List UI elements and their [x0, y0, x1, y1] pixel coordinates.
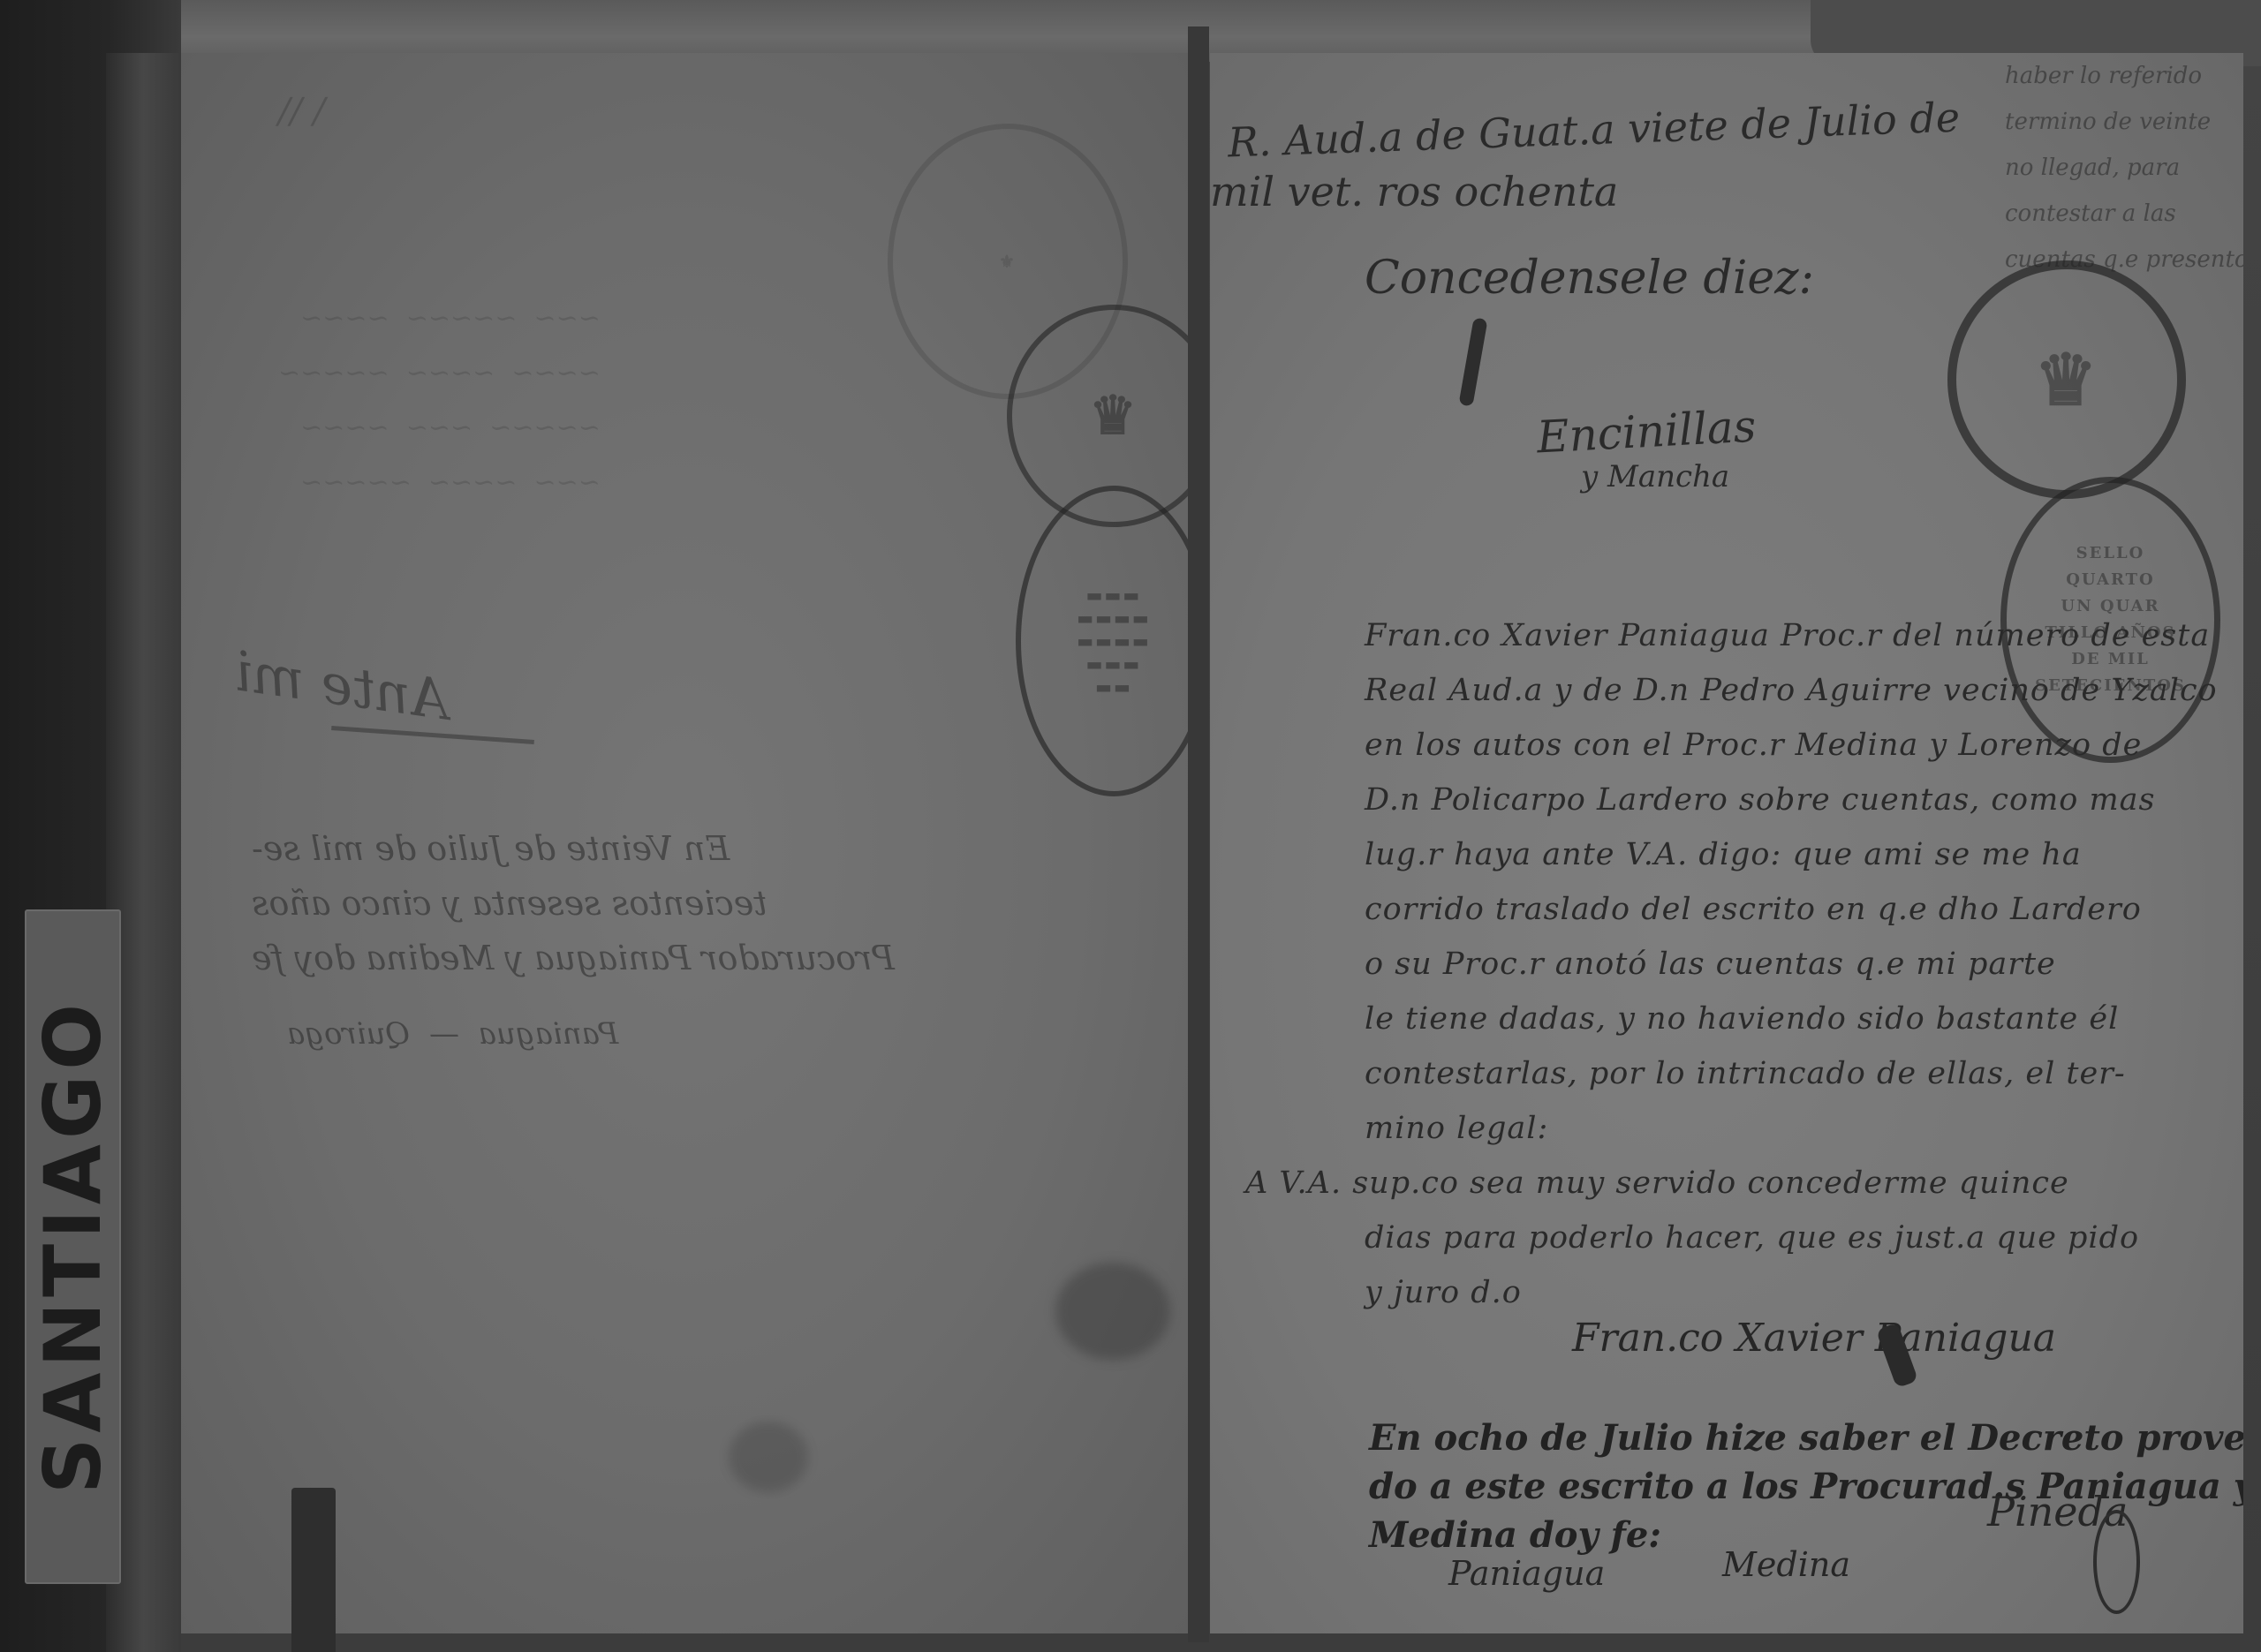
- pineda-flourish: [2093, 1510, 2140, 1614]
- notification-line-1: En ocho de Julio hize saber el Decreto p…: [1369, 1417, 2243, 1459]
- body-line-3: en los autos con el Proc.r Medina y Lore…: [1365, 728, 2142, 763]
- margin-note-line-4: contestar a las: [2005, 191, 2243, 237]
- body-line-5: lug.r haya ante V.A. digo: que ami se me…: [1365, 837, 2082, 872]
- royal-seal-stamp: ♛: [1947, 260, 2186, 499]
- bleed-through-line-1: En Veinte de Julio de mil se-: [252, 821, 730, 876]
- petition-line-2: dias para poderlo hacer, que es just.a q…: [1365, 1220, 2139, 1256]
- sello-stamp-lines: ▬▬▬▬▬▬▬▬▬▬▬▬▬▬▬▬: [1077, 584, 1151, 698]
- body-line-6: corrido traslado del escrito en q.e dho …: [1365, 892, 2142, 927]
- body-line-9: contestarlas, por lo intrincado de ellas…: [1365, 1056, 2126, 1091]
- ghost-stamp-text: ⚜: [999, 250, 1017, 273]
- spine-label-text: SANTIAGO: [27, 999, 118, 1494]
- margin-note: haber lo referido termino de veinte no l…: [2005, 53, 2243, 283]
- bleed-through-line-2: tecientos sesenta y cinco años: [252, 876, 768, 931]
- ink-stain: [1055, 1263, 1170, 1360]
- faint-ghost-lines: ~~~ ~~~~~ ~~~~ ~~~~ ~~~~ ~~~~~ ~~~~~ ~~~…: [278, 291, 601, 510]
- page-tab-marker: [291, 1488, 336, 1652]
- spine-label: SANTIAGO: [25, 909, 121, 1584]
- bleed-through-line-4: Paniagua — Quiroga: [287, 1007, 618, 1061]
- crown-icon: ♛: [1089, 404, 1138, 427]
- petition-line-1: A V.A. sup.co sea muy servido concederme…: [1245, 1165, 2069, 1201]
- left-page: ∕∕ ∕ ⚜ ♛ ▬▬▬▬▬▬▬▬▬▬▬▬▬▬▬▬ ~~~ ~~~~~ ~~~~…: [181, 53, 1188, 1633]
- body-line-2: Real Aud.a y de D.n Pedro Aguirre vecino…: [1365, 673, 2218, 708]
- header-line-2: mil vet. ros ochenta: [1210, 168, 1618, 215]
- left-top-marks: ∕∕ ∕: [278, 88, 325, 134]
- petition-signature: Fran.co Xavier Paniagua: [1572, 1316, 2056, 1361]
- right-page: R. Aud.a de Guat.a viete de Julio de mil…: [1210, 53, 2243, 1633]
- margin-note-line-1: haber lo referido: [2005, 53, 2243, 99]
- body-line-7: o su Proc.r anotó las cuentas q.e mi par…: [1365, 947, 2056, 982]
- ghost-ante-mi-signature: Ante mi: [231, 638, 453, 732]
- header-line-1: R. Aud.a de Guat.a viete de Julio de: [1227, 94, 1960, 167]
- petition-line-3: y juro d.o: [1365, 1275, 1522, 1310]
- body-line-8: le tiene dadas, y no haviendo sido basta…: [1365, 1001, 2119, 1037]
- header-line-3: Concedensele diez:: [1365, 252, 1814, 305]
- notification-line-3: Medina doy fe:: [1369, 1514, 1661, 1556]
- rubric-flourish-stroke: [1458, 317, 1487, 406]
- rubric-name: Encinillas: [1536, 401, 1758, 464]
- body-line-4: D.n Policarpo Lardero sobre cuentas, com…: [1365, 782, 2156, 818]
- body-line-1: Fran.co Xavier Paniagua Proc.r del númer…: [1365, 618, 2210, 653]
- page-gutter: [1188, 26, 1209, 1642]
- bleed-through-line-3: Procurador Paniagua y Medina doy fe: [252, 931, 895, 985]
- body-line-10: mino legal:: [1365, 1111, 1548, 1146]
- margin-note-line-2: termino de veinte: [2005, 99, 2243, 145]
- margin-note-line-3: no llegad, para: [2005, 145, 2243, 191]
- crown-arms-icon: ♛: [2034, 368, 2099, 391]
- sello-stamp-left-half: ▬▬▬▬▬▬▬▬▬▬▬▬▬▬▬▬: [1016, 486, 1188, 796]
- rubric-sub: y Mancha: [1581, 459, 1729, 494]
- notification-signature-2: Medina: [1722, 1545, 1850, 1584]
- small-stain: [729, 1422, 808, 1492]
- notification-signature-1: Paniagua: [1448, 1554, 1605, 1593]
